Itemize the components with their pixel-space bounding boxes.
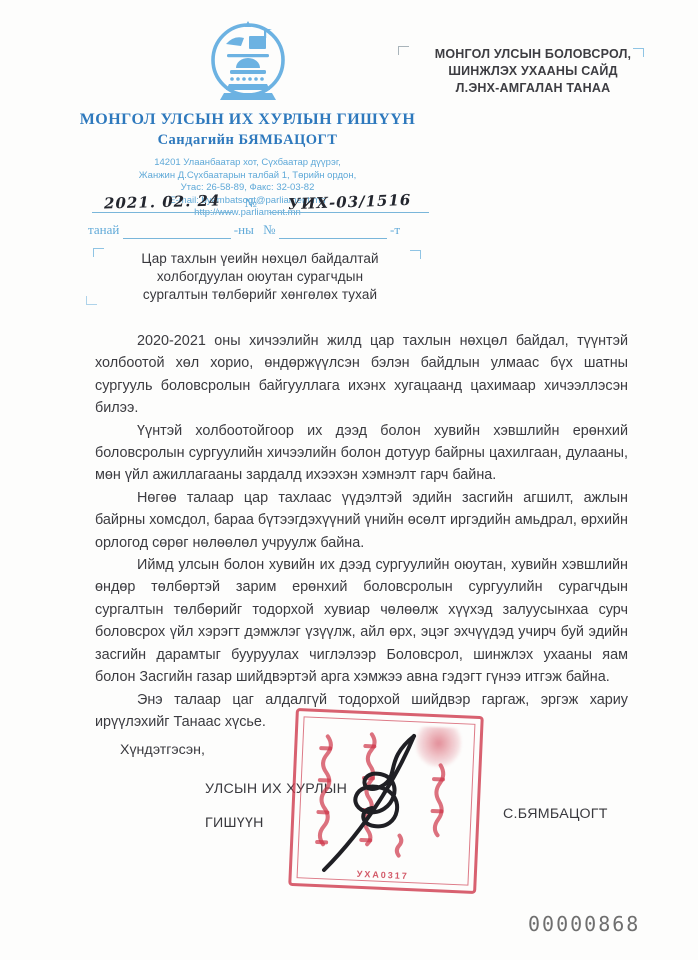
- recipient-line-2: ШИНЖЛЭХ УХААНЫ САЙД: [408, 63, 658, 80]
- reply-reference-line: танай -ны № -т: [88, 222, 400, 239]
- reply-blank-2: [279, 222, 387, 239]
- number-field: УИХ-03/1516: [269, 193, 429, 213]
- paragraph-1: 2020-2021 оны хичээлийн жилд цар тахлын …: [95, 330, 628, 420]
- handwritten-number: УИХ-03/1516: [287, 191, 411, 213]
- paragraph-4: Иймд улсын болон хувийн их дээд сургуули…: [95, 554, 628, 688]
- address-line-1: 14201 Улаанбаатар хот, Сүхбаатар дүүрэг,: [60, 157, 435, 170]
- letter-body: 2020-2021 оны хичээлийн жилд цар тахлын …: [95, 330, 628, 733]
- scanned-letter-page: МОНГОЛ УЛСЫН ИХ ХУРЛЫН ГИШҮҮН Сандагийн …: [0, 0, 698, 960]
- address-line-2: Жанжин Д.Сүхбаатарын талбай 1, Төрийн ор…: [60, 170, 435, 183]
- subject-line-1: Цар тахлын үеийн нөхцөл байдалтай: [100, 250, 420, 268]
- letterhead-member-name: Сандагийн БЯМБАЦОГТ: [60, 132, 435, 149]
- signatory-name: С.БЯМБАЦОГТ: [503, 806, 608, 822]
- subject-corner-bottom-left: [86, 296, 97, 305]
- recipient-line-1: МОНГОЛ УЛСЫН БОЛОВСРОЛ,: [408, 46, 658, 63]
- date-field: 2021. 02. 24: [92, 193, 232, 213]
- recipient-line-3: Л.ЭНХ-АМГАЛАН ТАНАА: [408, 80, 658, 97]
- number-symbol: №: [244, 195, 256, 210]
- reply-suffix: -т: [390, 222, 400, 237]
- letterhead: МОНГОЛ УЛСЫН ИХ ХУРЛЫН ГИШҮҮН Сандагийн …: [60, 18, 435, 220]
- paragraph-2: Үүнтэй холбоотойгоор их дээд болон хувий…: [95, 420, 628, 487]
- document-serial-number: 00000868: [528, 912, 640, 936]
- paragraph-3: Нөгөө талаар цар тахлаас үүдэлтэй эдийн …: [95, 487, 628, 554]
- parliament-emblem-logo: [196, 18, 300, 106]
- subject-line-3: сургалтын төлбөрийг хөнгөлөх тухай: [100, 286, 420, 304]
- subject-block: Цар тахлын үеийн нөхцөл байдалтай холбог…: [100, 250, 420, 304]
- salutation: Хүндэтгэсэн,: [120, 742, 205, 758]
- letterhead-title: МОНГОЛ УЛСЫН ИХ ХУРЛЫН ГИШҮҮН: [60, 110, 435, 130]
- handwritten-date: 2021. 02. 24: [104, 191, 221, 212]
- reply-no-symbol: №: [263, 222, 275, 237]
- reply-blank-1: [123, 222, 231, 239]
- recipient-block: МОНГОЛ УЛСЫН БОЛОВСРОЛ, ШИНЖЛЭХ УХААНЫ С…: [408, 46, 658, 97]
- subject-line-2: холбогдуулан оюутан сурагчдын: [100, 268, 420, 286]
- reply-middle: -ны: [234, 222, 254, 237]
- reference-line: 2021. 02. 24 № УИХ-03/1516: [92, 193, 432, 213]
- handwritten-signature: [302, 722, 462, 882]
- reply-prefix: танай: [88, 222, 119, 237]
